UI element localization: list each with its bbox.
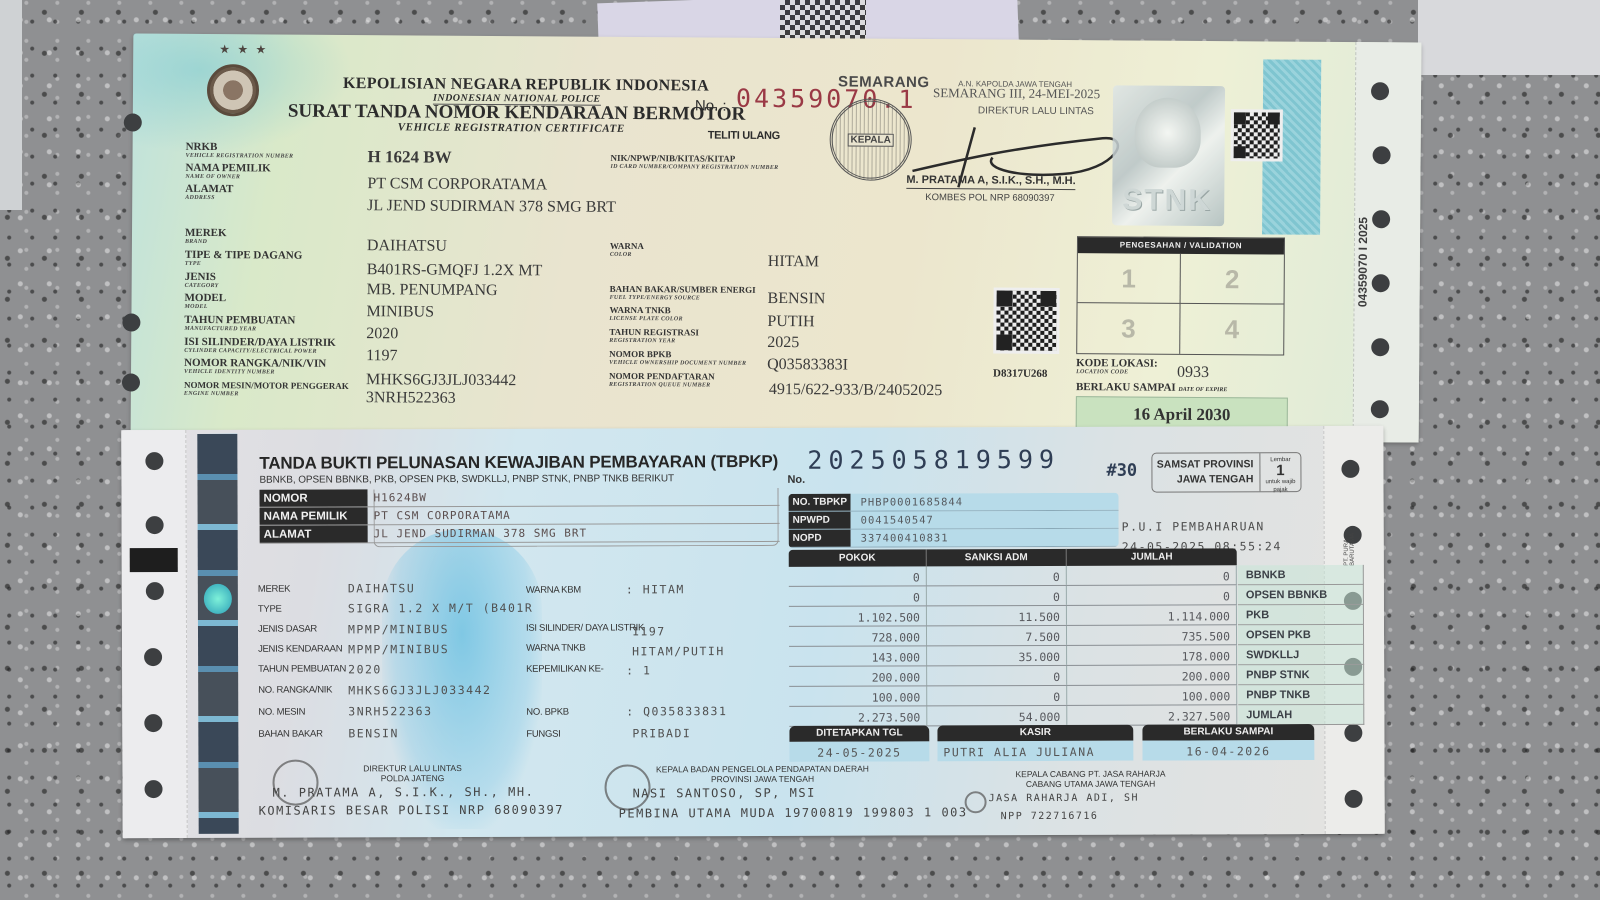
perforation-hole xyxy=(1372,210,1390,228)
field-value-owner: PT CSM CORPORATAMA xyxy=(367,175,547,194)
police-emblem-icon xyxy=(207,64,259,116)
payment-cell-sanksi: 0 xyxy=(927,586,1067,605)
field-label-color: WARNACOLOR xyxy=(610,241,644,259)
validation-cell: 3 xyxy=(1077,303,1180,354)
payment-cell-jumlah: 100.000 xyxy=(1067,685,1237,705)
perforation-hole xyxy=(1371,338,1389,356)
table-row: NOMOR REGISTRASIH1624BW xyxy=(260,488,780,508)
payment-item-labels: BBNKBOPSEN BBNKBPKBOPSEN PKBSWDKLLJPNBP … xyxy=(1238,565,1365,725)
validation-cell: 2 xyxy=(1181,254,1284,305)
location-code-value: 0933 xyxy=(1177,364,1209,382)
payment-cell-sanksi: 0 xyxy=(927,566,1067,585)
perforation-hole xyxy=(1371,82,1389,100)
payment-cell-pokok: 0 xyxy=(789,586,927,605)
field-label-plate-color: WARNA TNKBLICENSE PLATE COLOR xyxy=(609,305,683,324)
vehicle-value: 2020 xyxy=(348,662,382,676)
perforation-hole xyxy=(1345,790,1363,808)
payment-cell-sanksi: 7.500 xyxy=(927,626,1067,645)
vehicle-value: 3NRH522363 xyxy=(348,704,432,718)
location-code-label: KODE LOKASI:LOCATION CODE xyxy=(1076,358,1158,377)
qr-code-caption: D8317U268 xyxy=(993,368,1047,380)
expiry-date: 16 April 2030 xyxy=(1076,396,1288,429)
vehicle-label: NO. RANGKA/NIK xyxy=(258,684,332,695)
field-value-nrkb: H 1624 BW xyxy=(367,147,451,168)
table-row: NO. TBPKPPHBP0001685844 xyxy=(789,493,1119,512)
field-value-color: HITAM xyxy=(768,253,819,271)
valid-until-box: BERLAKU SAMPAI16-04-2026 xyxy=(1142,724,1314,761)
table-row: NOPD337400410831 xyxy=(789,529,1119,548)
payment-cell-sanksi: 35.000 xyxy=(927,646,1067,665)
payment-cell-sanksi: 54.000 xyxy=(927,706,1067,725)
field-label-year: TAHUN PEMBUATANMANUFACTURED YEAR xyxy=(184,315,295,334)
field-label-address: ALAMATADDRESS xyxy=(185,184,233,202)
receipt-number-suffix: #30 xyxy=(1106,461,1137,481)
recheck-note: TELITI ULANG xyxy=(708,130,780,143)
samsat-box: SAMSAT PROVINSIJAWA TENGAH Lembar1untuk … xyxy=(1151,452,1301,493)
vehicle-label: MEREK xyxy=(258,584,290,595)
perforation-hole xyxy=(145,452,163,470)
receipt-title: TANDA BUKTI PELUNASAN KEWAJIBAN PEMBAYAR… xyxy=(259,452,778,474)
payment-cell-pokok: 2.273.500 xyxy=(789,706,927,725)
signature-title: DIREKTUR LALU LINTASPOLDA JATENG xyxy=(342,763,482,783)
payment-item-label: OPSEN PKB xyxy=(1238,625,1364,645)
city-stamp: SEMARANG xyxy=(838,73,930,91)
signatory-name: NASI SANTOSO, SP, MSI xyxy=(633,786,816,801)
vehicle-label: BAHAN BAKAR xyxy=(258,729,322,740)
field-value-bpkb: Q03583383I xyxy=(767,356,848,375)
payment-cell-jumlah: 0 xyxy=(1067,565,1237,585)
stars-icon: ★ ★ ★ xyxy=(219,42,268,56)
vehicle-value: : HITAM xyxy=(626,582,685,596)
signatory-name: M. PRATAMA A, S.I.K., SH., MH. xyxy=(273,785,535,800)
vehicle-value: PRIBADI xyxy=(632,726,691,740)
field-label-reg-number: NOMOR PENDAFTARANREGISTRATION QUEUE NUMB… xyxy=(609,371,715,390)
validation-cell: 4 xyxy=(1180,304,1283,355)
table-row: 1.102.50011.5001.114.000 xyxy=(789,605,1237,627)
payment-item-label: PNBP TNKB xyxy=(1238,685,1364,705)
qr-code-icon xyxy=(993,288,1059,354)
field-value-model: MINIBUS xyxy=(366,303,434,321)
vehicle-label: NO. BPKB xyxy=(526,707,569,718)
table-row: 000 xyxy=(789,585,1237,607)
stnk-hologram: STNK xyxy=(1112,85,1225,226)
perforation-hole xyxy=(124,113,142,131)
registration-table: NOMOR REGISTRASIH1624BW NAMA PEMILIKPT C… xyxy=(260,488,780,544)
payment-cell-jumlah: 2.327.500 xyxy=(1067,705,1237,725)
validation-cell: 1 xyxy=(1078,253,1181,304)
payment-item-label: OPSEN BBNKB xyxy=(1238,585,1364,605)
field-label-nrkb: NRKBVEHICLE REGISTRATION NUMBER xyxy=(186,142,294,161)
field-value-fuel: BENSIN xyxy=(768,290,826,308)
vehicle-label: WARNA KBM xyxy=(526,585,581,596)
expiry-label: BERLAKU SAMPAI DATE OF EXPIRE xyxy=(1076,382,1227,396)
field-label-type: TIPE & TIPE DAGANGTYPE xyxy=(185,250,303,269)
field-label-engine: NOMOR MESIN/MOTOR PENGGERAKENGINE NUMBER xyxy=(184,380,349,399)
field-label-vin: NOMOR RANGKA/NIK/VINVEHICLE IDENTITY NUM… xyxy=(184,358,326,377)
field-label-model: MODELMODEL xyxy=(184,293,226,311)
tbpkp-receipt: PT. PURA BARUTAMA TANDA BUKTI PELUNASAN … xyxy=(121,426,1384,838)
field-value-reg-year: 2025 xyxy=(767,334,799,352)
validation-box: PENGESAHAN / VALIDATION 1 2 3 4 xyxy=(1076,236,1285,355)
perforation-hole xyxy=(144,714,162,732)
payment-cell-jumlah: 200.000 xyxy=(1067,665,1237,685)
payment-table: 0000001.102.50011.5001.114.000728.0007.5… xyxy=(789,565,1238,727)
table-row: 728.0007.500735.500 xyxy=(789,625,1237,647)
vehicle-label: JENIS KENDARAAN xyxy=(258,643,342,654)
signatory-place-date: SEMARANG III, 24-MEI-2025 xyxy=(933,85,1100,102)
vehicle-value: MHKS6GJ3JLJ033442 xyxy=(348,683,491,697)
payment-item-label: PKB xyxy=(1238,605,1364,625)
payment-item-label: PNBP STNK xyxy=(1238,665,1364,685)
vehicle-value: BENSIN xyxy=(348,726,399,740)
payment-cell-jumlah: 735.500 xyxy=(1067,625,1237,645)
perforation-hole xyxy=(145,780,163,798)
perforation-hole xyxy=(1373,146,1391,164)
vehicle-label: TYPE xyxy=(258,604,282,615)
payment-cell-pokok: 1.102.500 xyxy=(789,606,927,625)
vehicle-value: HITAM/PUTIH xyxy=(632,644,725,658)
table-row: NPWPD0041540547 xyxy=(789,511,1119,530)
payment-cell-pokok: 200.000 xyxy=(789,666,927,685)
police-shield-icon xyxy=(1135,98,1201,168)
vehicle-value: : 1 xyxy=(626,663,651,677)
signatory-name: JASA RAHARJA ADI, SH xyxy=(989,793,1139,805)
document-title-en: VEHICLE REGISTRATION CERTIFICATE xyxy=(398,121,625,135)
field-label-bpkb: NOMOR BPKBVEHICLE OWNERSHIP DOCUMENT NUM… xyxy=(609,349,746,368)
vehicle-label: ISI SILINDER/ DAYA LISTRIK xyxy=(526,622,644,633)
signatory-name: M. PRATAMA A, S.I.K., S.H., M.H. xyxy=(906,174,1075,190)
field-value-plate-color: PUTIH xyxy=(767,313,814,331)
vehicle-value: MPMP/MINIBUS xyxy=(348,622,449,636)
receipt-number-label: No. xyxy=(787,474,805,486)
receipt-number: 202505819599 xyxy=(807,445,1060,475)
perforation-hole xyxy=(144,648,162,666)
field-label-nik: NIK/NPWP/NIB/KITAS/KITAPID CARD NUMBER/C… xyxy=(610,153,778,172)
payment-table-header: POKOK SANKSI ADM JUMLAH xyxy=(789,548,1237,567)
field-value-category: MB. PENUMPANG xyxy=(367,281,498,300)
payment-cell-jumlah: 1.114.000 xyxy=(1067,605,1237,625)
table-row: NAMA PEMILIKPT CSM CORPORATAMA xyxy=(260,506,780,526)
table-row: 143.00035.000178.000 xyxy=(789,645,1237,667)
perforated-edge xyxy=(121,430,187,838)
black-marker xyxy=(130,548,178,572)
perforation-hole xyxy=(122,313,140,331)
printer-note: PT. PURA BARUTAMA xyxy=(1344,526,1356,566)
perforation-hole xyxy=(1371,400,1389,418)
field-value-engine: 3NRH522363 xyxy=(366,389,456,408)
signatory-id: KOMISARIS BESAR POLISI NRP 68090397 xyxy=(259,803,564,818)
perforation-hole xyxy=(1372,274,1390,292)
vehicle-label: FUNGSI xyxy=(526,729,560,740)
vehicle-label: JENIS DASAR xyxy=(258,624,317,635)
vehicle-value: SIGRA 1.2 X M/T (B401R xyxy=(348,601,533,616)
jasa-raharja-logo-icon xyxy=(965,791,987,813)
signatory-rank: KOMBES POL NRP 68090397 xyxy=(925,192,1054,204)
hologram-strip xyxy=(197,434,238,834)
payment-cell-pokok: 143.000 xyxy=(789,646,927,665)
perforation-hole xyxy=(146,516,164,534)
table-row: ALAMATJL JEND SUDIRMAN 378 SMG BRT xyxy=(260,524,780,544)
field-value-address: JL JEND SUDIRMAN 378 SMG BRT xyxy=(367,197,616,217)
official-stamp-icon: KEPALA xyxy=(829,98,912,181)
table-row: 200.0000200.000 xyxy=(789,665,1237,687)
vehicle-label: NO. MESIN xyxy=(258,707,305,718)
vehicle-value: DAIHATSU xyxy=(348,581,415,595)
field-label-brand: MEREKBRAND xyxy=(185,228,227,246)
payment-item-label: JUMLAH xyxy=(1238,705,1364,725)
receipt-subtitle: BBNKB, OPSEN BBNKB, PKB, OPSEN PKB, SWDK… xyxy=(259,473,674,485)
payment-cell-pokok: 100.000 xyxy=(789,686,927,705)
document-number-label: No. : xyxy=(695,97,727,114)
emblem-icon xyxy=(204,584,232,614)
vehicle-label: WARNA TNKB xyxy=(526,643,585,654)
vehicle-value: MPMP/MINIBUS xyxy=(348,642,449,656)
field-label-owner: NAMA PEMILIKNAME OF OWNER xyxy=(185,163,270,182)
field-value-reg-number: 4915/622-933/B/24052025 xyxy=(769,381,942,400)
vehicle-label: TAHUN PEMBUATAN xyxy=(258,663,346,674)
payment-cell-sanksi: 0 xyxy=(927,686,1067,705)
field-label-fuel: BAHAN BAKAR/SUMBER ENERGIFUEL TYPE/ENERG… xyxy=(610,284,756,303)
table-row: 000 xyxy=(789,565,1237,587)
payment-item-label: SWDKLLJ xyxy=(1238,645,1364,665)
vehicle-value: 1197 xyxy=(632,624,666,638)
field-label-cylinder: ISI SILINDER/DAYA LISTRIKCYLINDER CAPACI… xyxy=(184,337,336,356)
cashier-box: KASIRPUTRI ALIA JULIANA xyxy=(937,725,1133,762)
background-paper-right xyxy=(1418,0,1600,75)
vertical-document-number: 04359070 I 2025 xyxy=(1356,217,1371,307)
perforation-hole xyxy=(146,582,164,600)
payment-cell-sanksi: 0 xyxy=(927,666,1067,685)
signature-title: KEPALA CABANG PT. JASA RAHARJACABANG UTA… xyxy=(1000,769,1180,790)
perforation-hole xyxy=(1344,724,1362,742)
payment-cell-pokok: 728.000 xyxy=(789,626,927,645)
payment-cell-pokok: 0 xyxy=(789,566,927,585)
perforation-hole xyxy=(122,373,140,391)
perforation-hole xyxy=(1341,460,1359,478)
field-label-reg-year: TAHUN REGISTRASIREGISTRATION YEAR xyxy=(609,327,699,346)
field-value-brand: DAIHATSU xyxy=(367,237,447,256)
signatory-id: PEMBINA UTAMA MUDA 19700819 199803 1 003 xyxy=(619,805,968,820)
payment-cell-jumlah: 0 xyxy=(1067,585,1237,605)
vehicle-value: : Q035833831 xyxy=(626,704,727,718)
stnk-certificate: 04359070 I 2025 ★ ★ ★ KEPOLISIAN NEGARA … xyxy=(131,34,1422,443)
payment-cell-sanksi: 11.500 xyxy=(927,606,1067,625)
assessment-date-box: DITETAPKAN TGL24-05-2025 xyxy=(789,725,929,761)
qr-code-icon xyxy=(1231,109,1283,161)
field-value-vin: MHKS6GJ3JLJ033442 xyxy=(366,371,516,390)
table-row: 100.0000100.000 xyxy=(789,685,1237,707)
field-value-cylinder: 1197 xyxy=(366,347,398,365)
signature-title: KEPALA BADAN PENGELOLA PENDAPATAN DAERAH… xyxy=(642,764,882,785)
signatory-id: NPP 722716716 xyxy=(1001,811,1099,822)
field-label-category: JENISCATEGORY xyxy=(185,272,219,290)
field-value-year: 2020 xyxy=(366,325,398,343)
payment-item-label: BBNKB xyxy=(1238,565,1364,585)
payment-cell-jumlah: 178.000 xyxy=(1067,645,1237,665)
background-paper-left xyxy=(0,0,22,210)
vehicle-label: KEPEMILIKAN KE- xyxy=(526,664,603,675)
tbpkp-id-table: NO. TBPKPPHBP0001685844 NPWPD0041540547 … xyxy=(789,493,1119,548)
field-value-type: B401RS-GMQFJ 1.2X MT xyxy=(367,261,543,280)
